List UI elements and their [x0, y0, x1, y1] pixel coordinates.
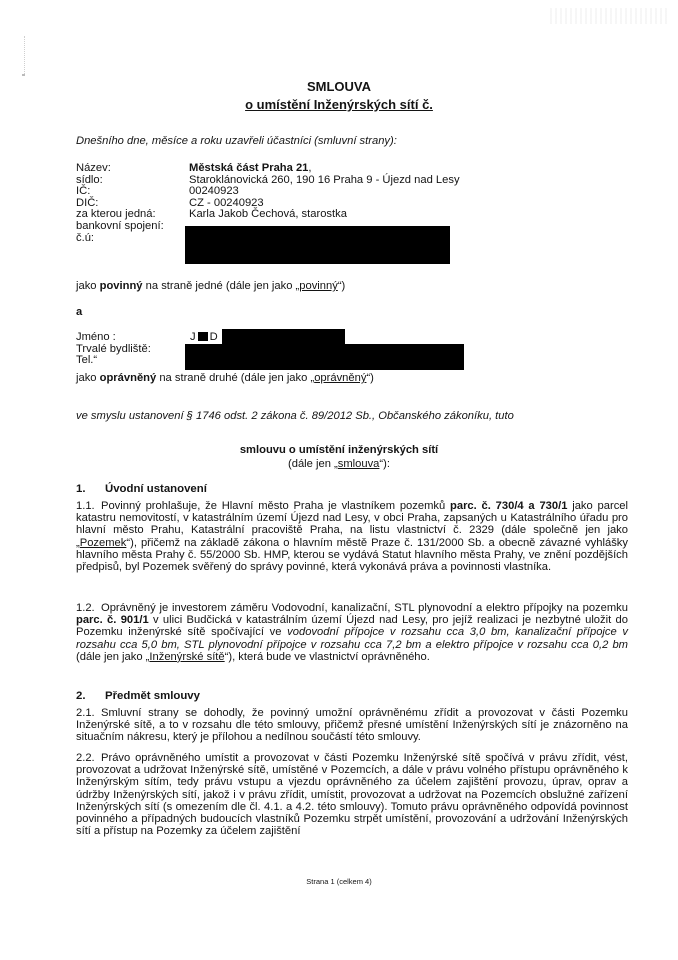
paragraph-text: Smluvní strany se dohodly, že povinný um… — [76, 707, 628, 743]
paragraph-text: “), která bude ve vlastnictví oprávněnéh… — [225, 651, 430, 663]
document-page: SMLOUVA o umístění Inženýrských sítí č. … — [0, 0, 678, 960]
and-separator: a — [76, 306, 82, 318]
text: jako — [76, 280, 100, 292]
defined-term: smlouva — [338, 458, 380, 470]
section-title: Úvodní ustanovení — [105, 483, 207, 495]
label-nazev: Název: — [76, 163, 189, 175]
text: “) — [338, 280, 345, 292]
party1-role: jako povinný na straně jedné (dále jen j… — [76, 280, 345, 292]
paragraph-1-1: 1.1.Povinný prohlašuje, že Hlavní město … — [76, 500, 628, 573]
text: na straně jedné (dále jen jako „ — [143, 280, 300, 292]
text: “) — [366, 372, 373, 384]
defined-term: povinný — [299, 280, 338, 292]
paragraph-text: “), přičemž na základě zákona o hlavním … — [76, 537, 628, 573]
section-1-heading: 1.Úvodní ustanovení — [76, 483, 207, 495]
defined-term: oprávněný — [314, 372, 366, 384]
name-fragment: D — [210, 331, 218, 343]
text: jako — [76, 372, 100, 384]
section-number: 2. — [76, 690, 105, 702]
role-term: oprávněný — [100, 372, 157, 384]
section-2-heading: 2.Předmět smlouvy — [76, 690, 200, 702]
defined-term: Inženýrské sítě — [149, 651, 224, 663]
role-term: povinný — [100, 280, 143, 292]
text: na straně druhé (dále jen jako „ — [156, 372, 314, 384]
redaction-bank-details — [185, 226, 450, 264]
value-representative: Karla Jakob Čechová, starostka — [189, 209, 347, 221]
page-footer: Strana 1 (celkem 4) — [0, 877, 678, 886]
paragraph-number: 2.1. — [76, 707, 101, 719]
paragraph-2-1: 2.1.Smluvní strany se dohodly, že povinn… — [76, 707, 628, 744]
redaction-name — [222, 329, 345, 344]
contract-alias: (dále jen „smlouva“): — [0, 458, 678, 470]
label-sidlo: sídlo: — [76, 175, 189, 187]
paragraph-number: 1.2. — [76, 602, 101, 614]
value-nazev: Městská část Praha 21 — [189, 162, 308, 174]
scan-artifact — [550, 8, 670, 24]
label-account: č.ú: — [76, 233, 189, 245]
label-tel: Tel.“ — [76, 355, 189, 367]
text: “): — [379, 458, 390, 470]
paragraph-number: 1.1. — [76, 500, 101, 512]
label-bank: bankovní spojení: — [76, 221, 189, 233]
document-title: SMLOUVA — [0, 79, 678, 94]
name-fragment: J — [190, 331, 196, 343]
section-title: Předmět smlouvy — [105, 690, 200, 702]
text: (dále jen „ — [288, 458, 338, 470]
punct: , — [308, 162, 311, 174]
paragraph-text: Právo oprávněného umístit a provozovat v… — [76, 752, 628, 837]
legal-basis: ve smyslu ustanovení § 1746 odst. 2 záko… — [76, 410, 514, 422]
contract-name: smlouvu o umístění inženýrských sítí — [0, 444, 678, 456]
party2-role: jako oprávněný na straně druhé (dále jen… — [76, 372, 374, 384]
paragraph-number: 2.2. — [76, 752, 101, 764]
document-subtitle: o umístění Inženýrských sítí č. — [0, 97, 678, 112]
paragraph-2-2: 2.2.Právo oprávněného umístit a provozov… — [76, 752, 628, 837]
label-jmeno: Jméno : — [76, 332, 189, 344]
redaction-address-phone — [185, 344, 464, 370]
intro-text: Dnešního dne, měsíce a roku uzavřeli úča… — [76, 135, 397, 147]
redaction-name-part — [198, 332, 208, 341]
defined-term: Pozemek — [80, 537, 127, 549]
scan-artifact — [22, 74, 25, 76]
paragraph-text: (dále jen jako „ — [76, 651, 149, 663]
emphasis-text: parc. č. 901/1 — [76, 614, 149, 626]
paragraph-1-2: 1.2.Oprávněný je investorem záměru Vodov… — [76, 602, 628, 663]
section-number: 1. — [76, 483, 105, 495]
emphasis-text: parc. č. 730/4 a 730/1 — [450, 500, 567, 512]
scan-artifact — [24, 36, 26, 76]
paragraph-text: Povinný prohlašuje, že Hlavní město Prah… — [101, 500, 450, 512]
paragraph-text: Oprávněný je investorem záměru Vodovodní… — [101, 602, 628, 614]
